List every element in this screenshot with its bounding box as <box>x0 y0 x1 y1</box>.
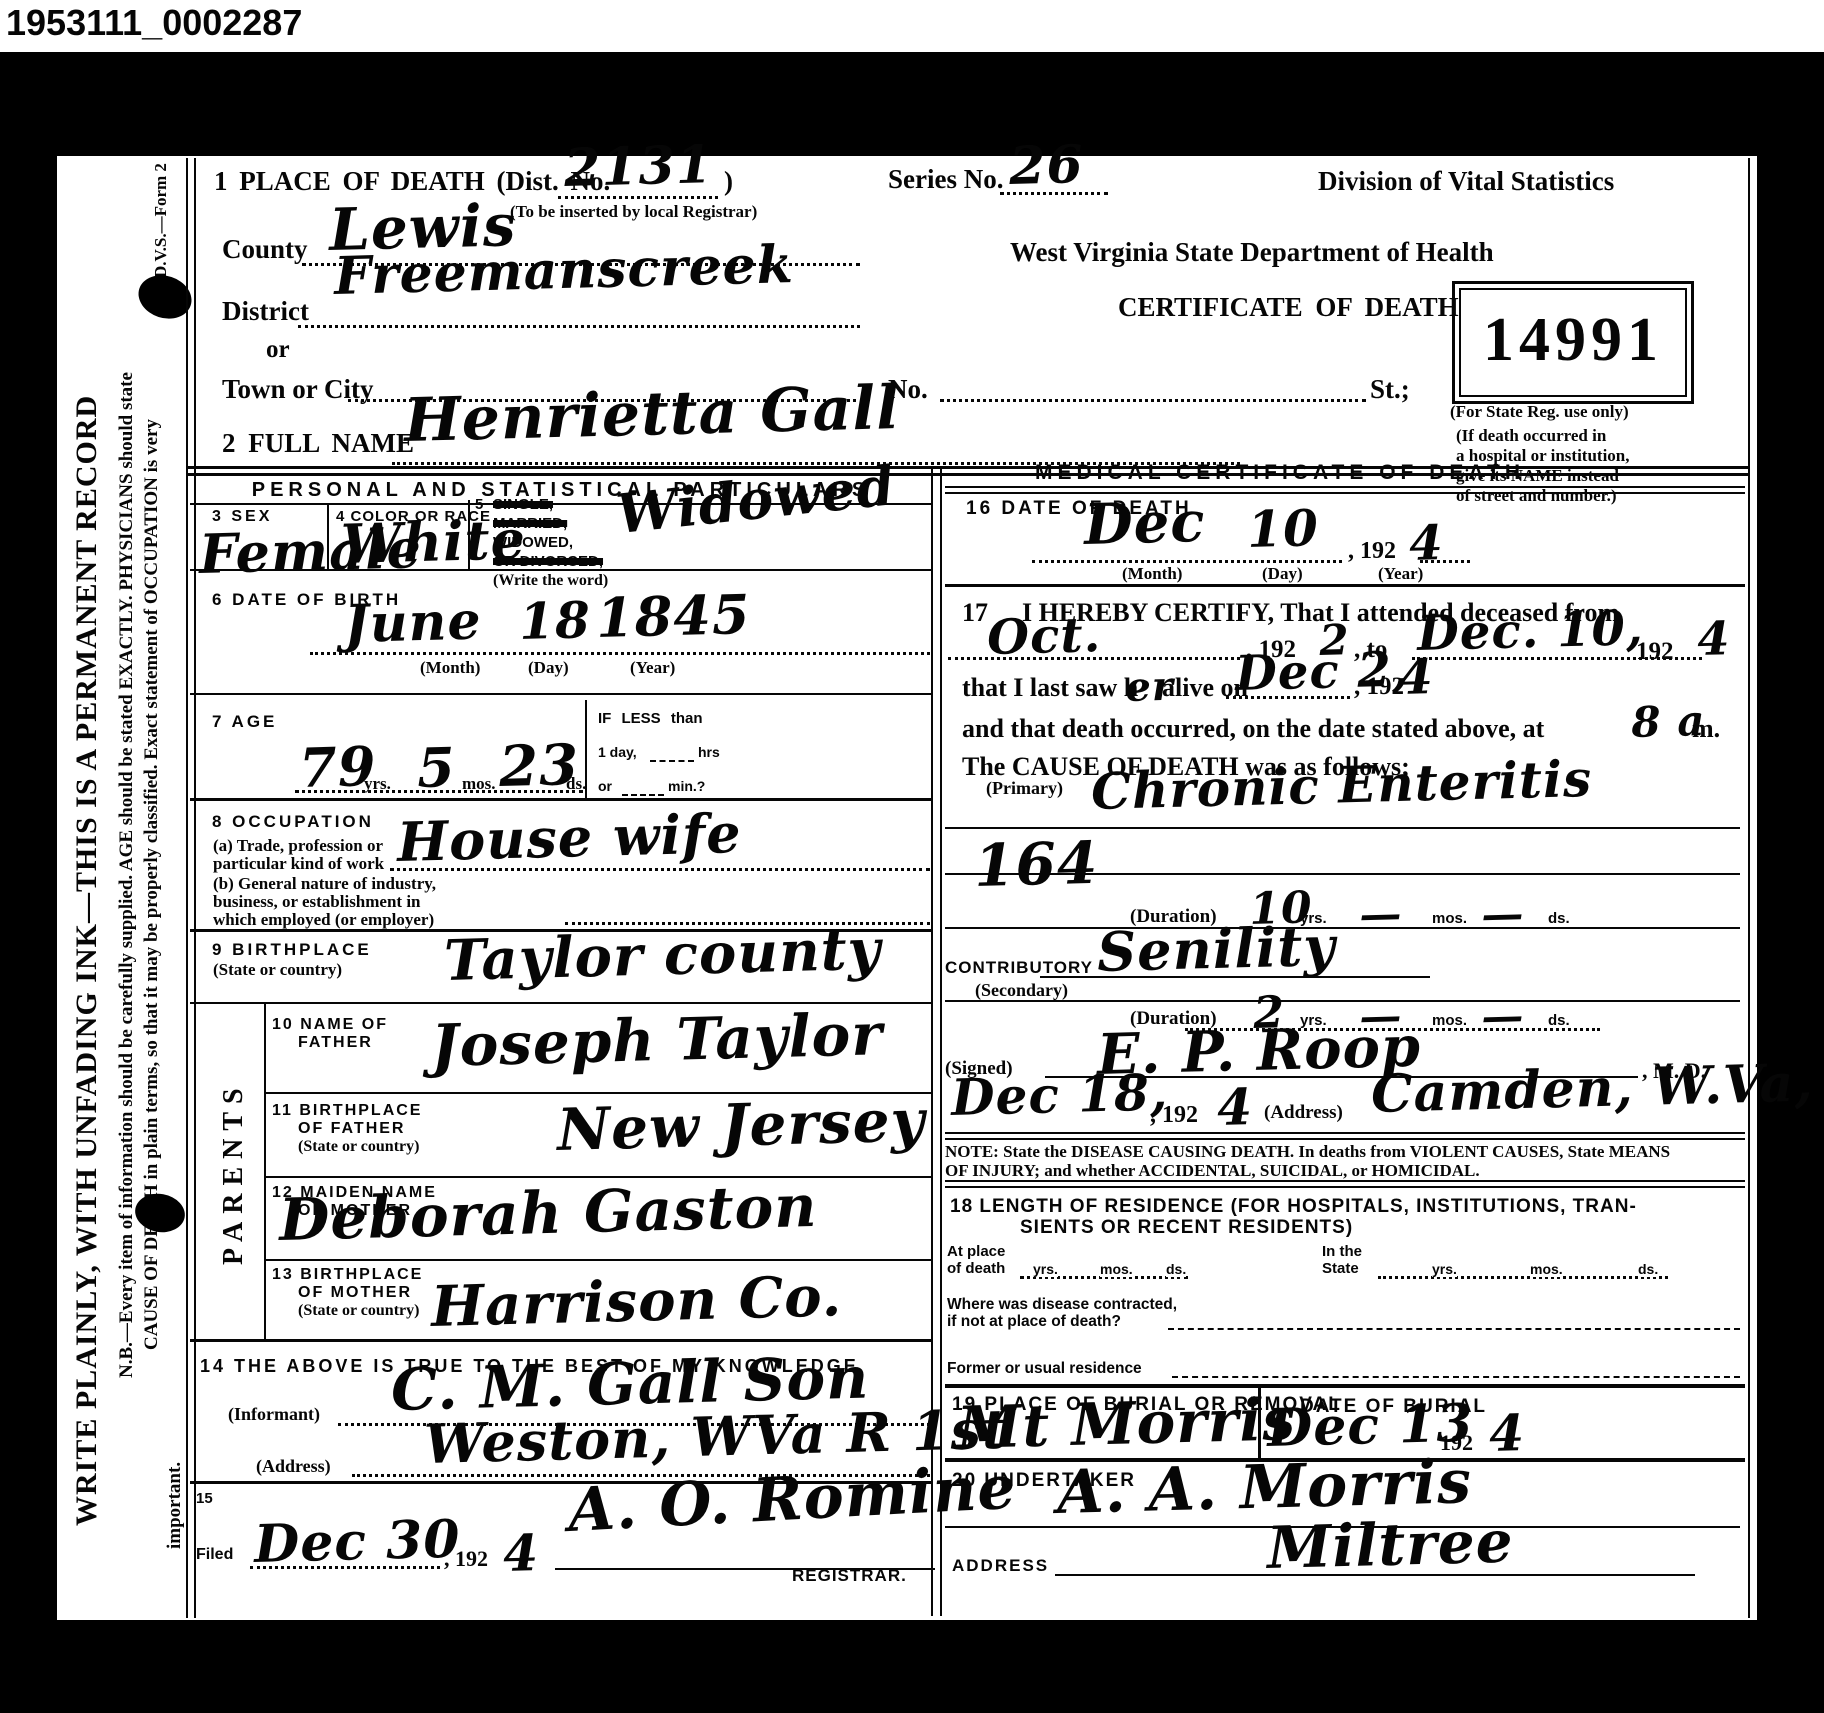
item15-number: 15 <box>196 1490 213 1507</box>
burial-place-value: Mt Morris <box>956 1385 1297 1462</box>
father-birthplace-label-line1: 11 BIRTHPLACE <box>272 1102 422 1120</box>
duration2-ds-caption: ds. <box>1548 1012 1570 1029</box>
birth-day-value: 18 <box>518 590 591 651</box>
death-year-caption: (Year) <box>1378 564 1423 584</box>
dotted-line <box>948 657 1240 660</box>
rule-line <box>945 1132 1745 1134</box>
marital-single-option: SINGLE, <box>493 496 553 513</box>
rule-line <box>945 486 1745 488</box>
in-state-label-line2: State <box>1322 1260 1359 1277</box>
state-number-box: 14991 <box>1452 281 1694 404</box>
rule-line <box>945 1384 1745 1388</box>
mother-birthplace-value: Harrison Co. <box>430 1263 843 1340</box>
age-label: 7 AGE <box>212 712 277 732</box>
informant-address-caption: (Address) <box>256 1456 331 1477</box>
margin-form-code: D.V.S.—Form 2 <box>151 158 177 283</box>
if-less-box-divider <box>585 700 587 798</box>
hospital-note-line1: (If death occurred in <box>1456 426 1606 446</box>
file-id: 1953111_0002287 <box>6 2 302 44</box>
mother-birthplace-state-note: (State or country) <box>298 1302 419 1320</box>
father-name-label-line1: 10 NAME OF <box>272 1016 388 1034</box>
rule-line <box>945 1138 1745 1140</box>
attended-to-year-printed: 192 <box>1636 638 1674 666</box>
occupation-b-line2: business, or establishment in <box>213 892 421 912</box>
item17-number: 17 <box>962 598 988 628</box>
death-month-caption: (Month) <box>1122 564 1182 584</box>
note-line1: NOTE: State the DISEASE CAUSING DEATH. I… <box>945 1142 1670 1162</box>
district-value: Freemanscreek <box>333 234 794 307</box>
if-less-label-line2b: hrs <box>698 744 720 760</box>
place-of-death-label: 1 PLACE OF DEATH (Dist. No. <box>214 166 610 197</box>
disease-contracted-label-line2: if not at place of death? <box>947 1313 1121 1331</box>
filed-year-digit: 4 <box>502 1523 539 1583</box>
hospital-note-line4: of street and number.) <box>1456 486 1617 506</box>
rule-line <box>1040 976 1430 978</box>
undertaker-address-value: Miltree <box>1266 1508 1514 1582</box>
margin-nb-text-line1: N.B.—Every item of information should be… <box>116 225 140 1525</box>
marital-divorced-option: OR DIVORCED, <box>493 553 603 570</box>
death-occurred-printed: and that death occurred, on the date sta… <box>962 714 1544 744</box>
duration1-months-dash: — <box>1359 889 1403 939</box>
registrar-insert-note: (To be inserted by local Registrar) <box>510 202 757 222</box>
dotted-line <box>1420 560 1470 563</box>
form-border-line <box>1748 158 1750 1618</box>
rule-line <box>190 569 931 571</box>
father-birthplace-label-line2: OF FATHER <box>298 1120 405 1138</box>
at-place-yrs-caption: yrs. <box>1033 1261 1058 1277</box>
duration1-mos-caption: mos. <box>1432 910 1467 927</box>
mother-birthplace-label-line2: OF MOTHER <box>298 1284 412 1302</box>
mother-maiden-name-value: Deborah Gaston <box>278 1172 818 1254</box>
death-month-value: Dec <box>1083 489 1206 558</box>
informant-caption: (Informant) <box>228 1404 320 1425</box>
division-title: Division of Vital Statistics <box>1318 166 1614 197</box>
dotted-line <box>1378 1276 1668 1279</box>
last-saw-year-digit: 4 <box>1399 649 1435 706</box>
place-of-death-label-text: 1 PLACE OF DEATH (Dist. No. <box>214 166 610 196</box>
birthplace-state-note: (State or country) <box>213 960 342 980</box>
dotted-line <box>1032 560 1342 563</box>
rule-line <box>1055 1574 1695 1576</box>
occupation-value: House wife <box>396 801 742 874</box>
top-black-band <box>0 52 1824 156</box>
if-less-label-line1: IF LESS than <box>598 710 703 727</box>
death-year-printed: , 192 <box>1348 538 1396 565</box>
street-label: St.; <box>1370 374 1410 405</box>
mother-birthplace-label-line1: 13 BIRTHPLACE <box>272 1266 423 1284</box>
signed-address-caption: (Address) <box>1264 1102 1343 1124</box>
occupation-label: 8 OCCUPATION <box>212 812 374 832</box>
form-border-line <box>194 158 196 1618</box>
rule-line <box>190 798 931 801</box>
length-of-residence-label-line2: SIENTS OR RECENT RESIDENTS) <box>1020 1217 1353 1239</box>
right-black-margin <box>1757 156 1824 1620</box>
dashed-line <box>1172 1376 1740 1378</box>
last-saw-printed-1: that I last saw h <box>962 673 1138 703</box>
day-caption: (Day) <box>528 658 569 678</box>
death-day-value: 10 <box>1246 498 1319 559</box>
dotted-line <box>298 325 860 328</box>
signed-year-digit: 4 <box>1216 1077 1253 1137</box>
father-birthplace-value: New Jersey <box>556 1086 926 1164</box>
registrar-caption: REGISTRAR. <box>792 1566 907 1586</box>
in-state-ds-caption: ds. <box>1638 1261 1658 1277</box>
bottom-black-band <box>0 1620 1824 1713</box>
former-residence-label: Former or usual residence <box>947 1360 1142 1378</box>
rule-line <box>945 927 1740 929</box>
marital-item-number: 5 <box>475 496 483 513</box>
rule-line <box>264 1259 931 1261</box>
dotted-line <box>295 790 583 793</box>
parents-divider-line <box>264 1002 266 1341</box>
rule-line <box>945 492 1745 494</box>
marital-married-option: MARRIED, <box>493 515 567 532</box>
margin-nb-text-line2: CAUSE OF DEATH in plain terms, so that i… <box>141 235 165 1535</box>
father-name-label-line2: FATHER <box>298 1034 373 1052</box>
primary-caption: (Primary) <box>986 778 1063 799</box>
dashed-line <box>650 760 694 762</box>
rule-line <box>945 1000 1740 1002</box>
series-no-value: 26 <box>1008 134 1084 197</box>
if-less-label-line2a: 1 day, <box>598 744 637 760</box>
rule-line <box>945 873 1740 875</box>
dotted-line <box>1226 696 1350 699</box>
contributory-label: CONTRIBUTORY <box>945 958 1093 978</box>
state-number-value: 14991 <box>1455 284 1691 401</box>
birth-month-value: June <box>343 590 482 655</box>
full-name-value: Henrietta Gall <box>403 373 901 456</box>
at-place-mos-caption: mos. <box>1100 1261 1133 1277</box>
dotted-line <box>390 868 930 871</box>
marital-widowed-option: WIDOWED, <box>493 534 573 551</box>
duration1-ds-caption: ds. <box>1548 910 1570 927</box>
occupation-b-line3: which employed (or employer) <box>213 910 434 930</box>
dotted-line <box>310 652 930 655</box>
duration2-days-dash: — <box>1481 991 1525 1041</box>
filed-year-printed: , 192 <box>444 1546 488 1572</box>
cause-code-value: 164 <box>973 829 1099 900</box>
primary-cause-value: Chronic Enteritis <box>1090 749 1592 821</box>
birth-year-value: 1845 <box>595 582 751 650</box>
in-state-yrs-caption: yrs. <box>1432 1261 1457 1277</box>
margin-write-plainly-text: WRITE PLAINLY, WITH UNFADING INK—THIS IS… <box>70 340 116 1580</box>
district-label: District <box>222 296 309 327</box>
death-occurred-m-printed: m. <box>1692 714 1720 744</box>
district-number-value: 2131 <box>563 134 713 199</box>
duration2-mos-caption: mos. <box>1432 1012 1467 1029</box>
state-reg-note: (For State Reg. use only) <box>1450 402 1629 422</box>
death-day-caption: (Day) <box>1262 564 1303 584</box>
length-of-residence-label-line1: 18 LENGTH OF RESIDENCE (FOR HOSPITALS, I… <box>950 1196 1637 1218</box>
secondary-caption: (Secondary) <box>975 980 1068 1001</box>
parents-section-label: PARENTS <box>218 1008 260 1338</box>
rule-line <box>945 584 1745 587</box>
note-line2: OF INJURY; and whether ACCIDENTAL, SUICI… <box>945 1161 1480 1181</box>
in-state-label-line1: In the <box>1322 1243 1362 1260</box>
cell-divider <box>468 500 470 571</box>
signed-date-value: Dec 18, <box>950 1062 1168 1127</box>
or-label: or <box>266 336 290 364</box>
at-place-label-line2: of death <box>947 1260 1005 1277</box>
if-less-label-line3a: or <box>598 778 612 794</box>
burial-year-digit: 4 <box>1488 1403 1525 1463</box>
birthplace-label: 9 BIRTHPLACE <box>212 940 372 960</box>
birthplace-value: Taylor county <box>443 917 882 994</box>
at-place-ds-caption: ds. <box>1166 1261 1186 1277</box>
filed-label: Filed <box>196 1546 233 1564</box>
cell-divider <box>327 503 329 571</box>
scanned-death-certificate-page: 1953111_0002287 WRITE PLAINLY, WITH UNFA… <box>0 0 1824 1713</box>
undertaker-address-label: ADDRESS <box>952 1556 1049 1576</box>
dashed-line <box>622 794 664 796</box>
if-less-label-line3b: min.? <box>668 778 705 794</box>
month-caption: (Month) <box>420 658 480 678</box>
marital-write-word-note: (Write the word) <box>493 572 608 590</box>
in-state-mos-caption: mos. <box>1530 1261 1563 1277</box>
rule-line <box>190 693 931 695</box>
occupation-a-line1: (a) Trade, profession or <box>213 836 383 856</box>
disease-contracted-label-line1: Where was disease contracted, <box>947 1296 1177 1314</box>
certificate-title: CERTIFICATE OF DEATH <box>1118 292 1459 323</box>
year-caption: (Year) <box>630 658 675 678</box>
signed-year-printed: , 192 <box>1150 1102 1198 1129</box>
dotted-line <box>940 399 1366 402</box>
attended-to-year-digit: 4 <box>1697 611 1731 666</box>
dashed-line <box>1168 1328 1740 1330</box>
occupation-b-line1: (b) General nature of industry, <box>213 874 436 894</box>
form-border-line <box>186 158 188 1618</box>
duration1-days-dash: — <box>1481 889 1525 939</box>
rule-line <box>945 1180 1745 1182</box>
rule-line <box>190 1339 931 1342</box>
dotted-line <box>250 1566 440 1569</box>
place-of-death-close-paren: ) <box>724 166 733 197</box>
signed-address-value: Camden, W.Va, <box>1370 1052 1814 1125</box>
dotted-line <box>1000 192 1108 195</box>
occupation-a-line2: particular kind of work <box>213 854 384 874</box>
full-name-label: 2 FULL NAME <box>222 428 414 459</box>
last-saw-year-printed: , 192 <box>1354 673 1404 701</box>
father-name-value: Joseph Taylor <box>430 1000 883 1080</box>
left-black-margin <box>0 156 57 1620</box>
attended-to-date-value: Dec. 10, <box>1417 600 1645 662</box>
county-label: County <box>222 234 308 265</box>
at-place-label-line1: At place <box>947 1243 1005 1260</box>
medical-section-title: MEDICAL CERTIFICATE OF DEATH <box>960 461 1600 485</box>
secondary-cause-value: Senility <box>1096 914 1336 984</box>
father-birthplace-state-note: (State or country) <box>298 1138 419 1156</box>
department-title: West Virginia State Department of Health <box>1010 237 1494 268</box>
dotted-line <box>558 196 718 199</box>
rule-line <box>945 1186 1745 1188</box>
margin-nb-text-line3: important. <box>164 1440 186 1570</box>
series-no-label: Series No. <box>888 164 1003 195</box>
